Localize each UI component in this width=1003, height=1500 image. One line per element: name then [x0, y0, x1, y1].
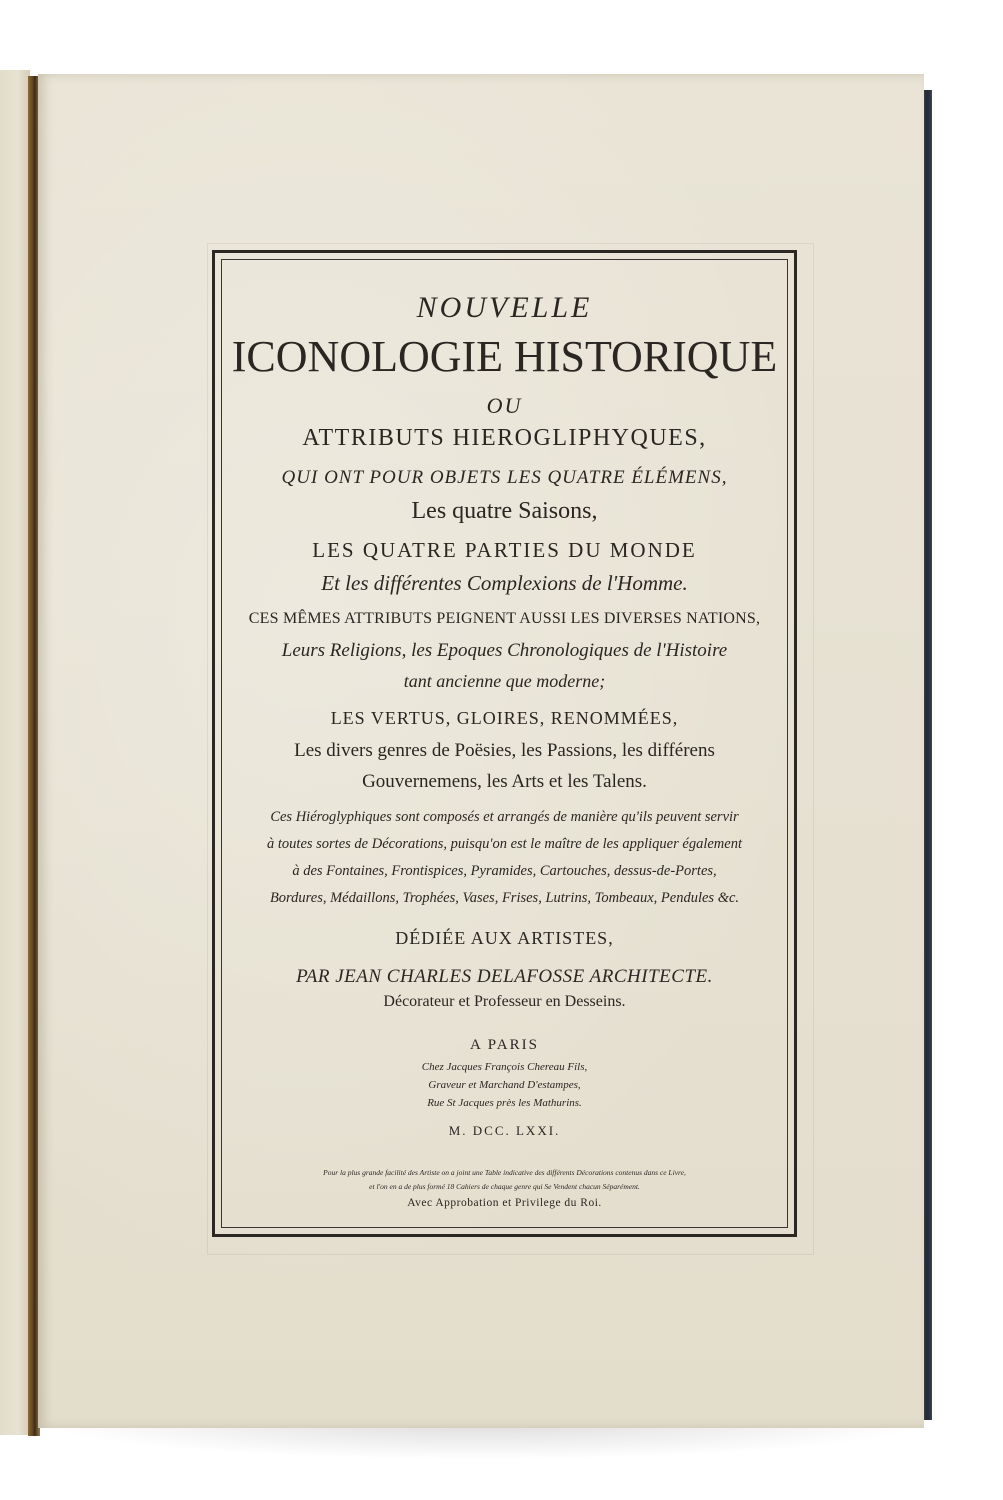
title-text-block: NOUVELLE ICONOLOGIE HISTORIQUE OU ATTRIB… — [215, 253, 794, 1234]
imprint-city: A PARIS — [215, 1037, 794, 1054]
privilege: Avec Approbation et Privilege du Roi. — [215, 1197, 794, 1209]
left-page-edge — [0, 70, 30, 1435]
title-ou: OU — [215, 393, 794, 419]
subtitle-gouvernemens: Gouvernemens, les Arts et les Talens. — [215, 771, 794, 793]
author-role: Décorateur et Professeur en Desseins. — [215, 993, 794, 1011]
subtitle-ancienne-moderne: tant ancienne que moderne; — [215, 671, 794, 692]
subtitle-elemens: QUI ONT POUR OBJETS LES QUATRE ÉLÉMENS, — [215, 467, 794, 489]
description-line: à toutes sortes de Décorations, puisqu'o… — [215, 836, 794, 853]
subtitle-nations: CES MÊMES ATTRIBUTS PEIGNENT AUSSI LES D… — [215, 610, 794, 628]
footnote-line: et l'on en a de plus formé 18 Cahiers de… — [215, 1182, 794, 1191]
title-main: ICONOLOGIE HISTORIQUE — [215, 331, 794, 382]
engraved-frame: NOUVELLE ICONOLOGIE HISTORIQUE OU ATTRIB… — [212, 250, 797, 1237]
subtitle-attributs: ATTRIBUTS HIEROGLIPHYQUES, — [215, 425, 794, 452]
imprint-year: M. DCC. LXXI. — [215, 1123, 794, 1139]
subtitle-religions: Leurs Religions, les Epoques Chronologiq… — [215, 640, 794, 662]
description-line: à des Fontaines, Frontispices, Pyramides… — [215, 863, 794, 880]
subtitle-parties-du-monde: LES QUATRE PARTIES DU MONDE — [215, 538, 794, 563]
imprint-publisher-line: Graveur et Marchand D'estampes, — [215, 1079, 794, 1091]
dedication: DÉDIÉE AUX ARTISTES, — [215, 928, 794, 949]
description-line: Ces Hiéroglyphiques sont composés et arr… — [215, 809, 794, 826]
author-line: PAR JEAN CHARLES DELAFOSSE ARCHITECTE. — [215, 966, 794, 988]
title-line-nouvelle: NOUVELLE — [215, 291, 794, 325]
imprint-publisher-line: Chez Jacques François Chereau Fils, — [215, 1061, 794, 1073]
description-line: Bordures, Médaillons, Trophées, Vases, F… — [215, 890, 794, 907]
title-page: NOUVELLE ICONOLOGIE HISTORIQUE OU ATTRIB… — [38, 74, 924, 1428]
subtitle-vertus: LES VERTUS, GLOIRES, RENOMMÉES, — [215, 708, 794, 729]
subtitle-complexions: Et les différentes Complexions de l'Homm… — [215, 571, 794, 596]
footnote-line: Pour la plus grande facilité des Artiste… — [215, 1168, 794, 1177]
subtitle-saisons: Les quatre Saisons, — [215, 498, 794, 525]
imprint-publisher-line: Rue St Jacques près les Mathurins. — [215, 1097, 794, 1109]
subtitle-poesies: Les divers genres de Poësies, les Passio… — [215, 740, 794, 762]
